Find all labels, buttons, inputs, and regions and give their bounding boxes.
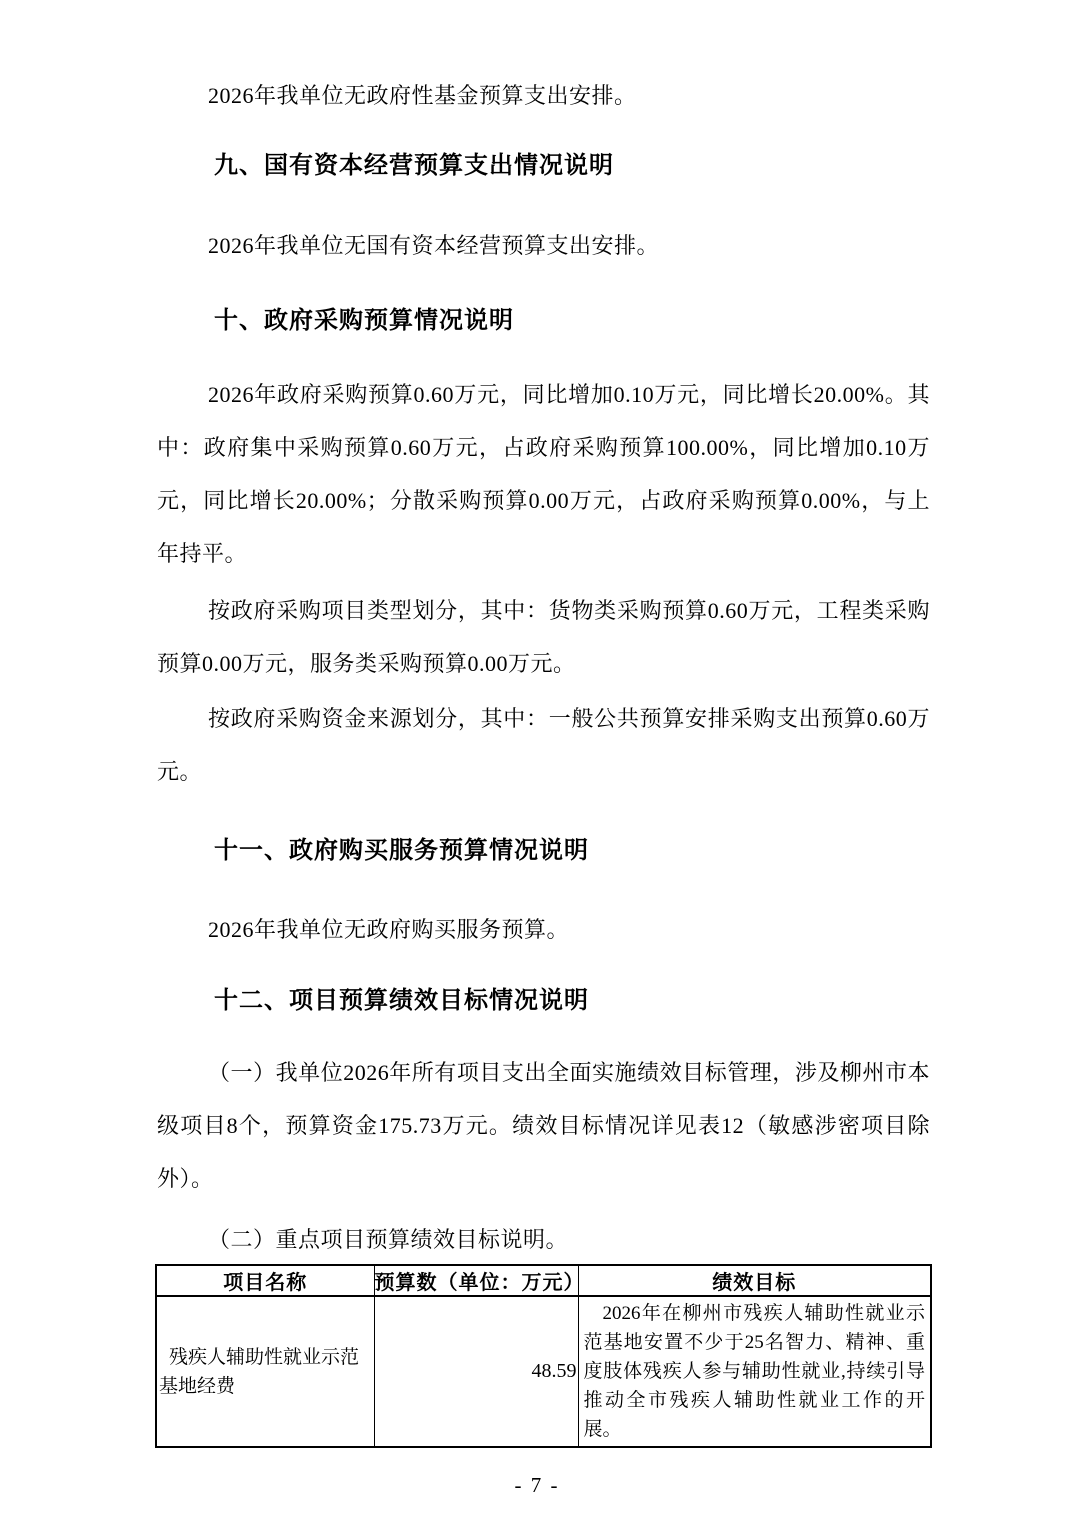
paragraph-procurement-by-type: 按政府采购项目类型划分，其中：货物类采购预算0.60万元，工程类采购预算0.00… bbox=[157, 584, 930, 690]
cell-project-name: 残疾人辅助性就业示范基地经费 bbox=[156, 1296, 374, 1447]
paragraph-key-project-note: （二）重点项目预算绩效目标说明。 bbox=[157, 1213, 930, 1266]
paragraph-no-gov-fund-budget: 2026年我单位无政府性基金预算支出安排。 bbox=[157, 69, 930, 122]
column-header-budget-amount: 预算数（单位：万元） bbox=[374, 1265, 578, 1296]
table-row: 残疾人辅助性就业示范基地经费 48.59 2026年在柳州市残疾人辅助性就业示范… bbox=[156, 1296, 931, 1447]
heading-section-10-gov-procurement: 十、政府采购预算情况说明 bbox=[157, 304, 930, 337]
heading-section-12-performance-targets: 十二、项目预算绩效目标情况说明 bbox=[157, 984, 930, 1017]
paragraph-no-purchased-services: 2026年我单位无政府购买服务预算。 bbox=[157, 903, 930, 956]
column-header-performance-target: 绩效目标 bbox=[578, 1265, 931, 1296]
document-content: 2026年我单位无政府性基金预算支出安排。 九、国有资本经营预算支出情况说明 2… bbox=[0, 0, 1074, 1448]
document-page: 2026年我单位无政府性基金预算支出安排。 九、国有资本经营预算支出情况说明 2… bbox=[0, 0, 1074, 1520]
paragraph-performance-overview: （一）我单位2026年所有项目支出全面实施绩效目标管理，涉及柳州市本级项目8个，… bbox=[157, 1046, 930, 1205]
cell-budget-amount: 48.59 bbox=[374, 1296, 578, 1447]
heading-section-11-purchased-services: 十一、政府购买服务预算情况说明 bbox=[157, 834, 930, 867]
table-header-row: 项目名称 预算数（单位：万元） 绩效目标 bbox=[156, 1265, 931, 1296]
paragraph-no-state-capital-budget: 2026年我单位无国有资本经营预算支出安排。 bbox=[157, 219, 930, 272]
page-number: - 7 - bbox=[0, 1473, 1074, 1498]
paragraph-procurement-overview: 2026年政府采购预算0.60万元，同比增加0.10万元，同比增长20.00%。… bbox=[157, 368, 930, 580]
paragraph-procurement-by-source: 按政府采购资金来源划分，其中：一般公共预算安排采购支出预算0.60万元。 bbox=[157, 692, 930, 798]
column-header-project-name: 项目名称 bbox=[156, 1265, 374, 1296]
cell-performance-target: 2026年在柳州市残疾人辅助性就业示范基地安置不少于25名智力、精神、重度肢体残… bbox=[578, 1296, 931, 1447]
heading-section-9-state-capital: 九、国有资本经营预算支出情况说明 bbox=[157, 149, 930, 182]
performance-target-table: 项目名称 预算数（单位：万元） 绩效目标 残疾人辅助性就业示范基地经费 48.5… bbox=[155, 1264, 932, 1448]
